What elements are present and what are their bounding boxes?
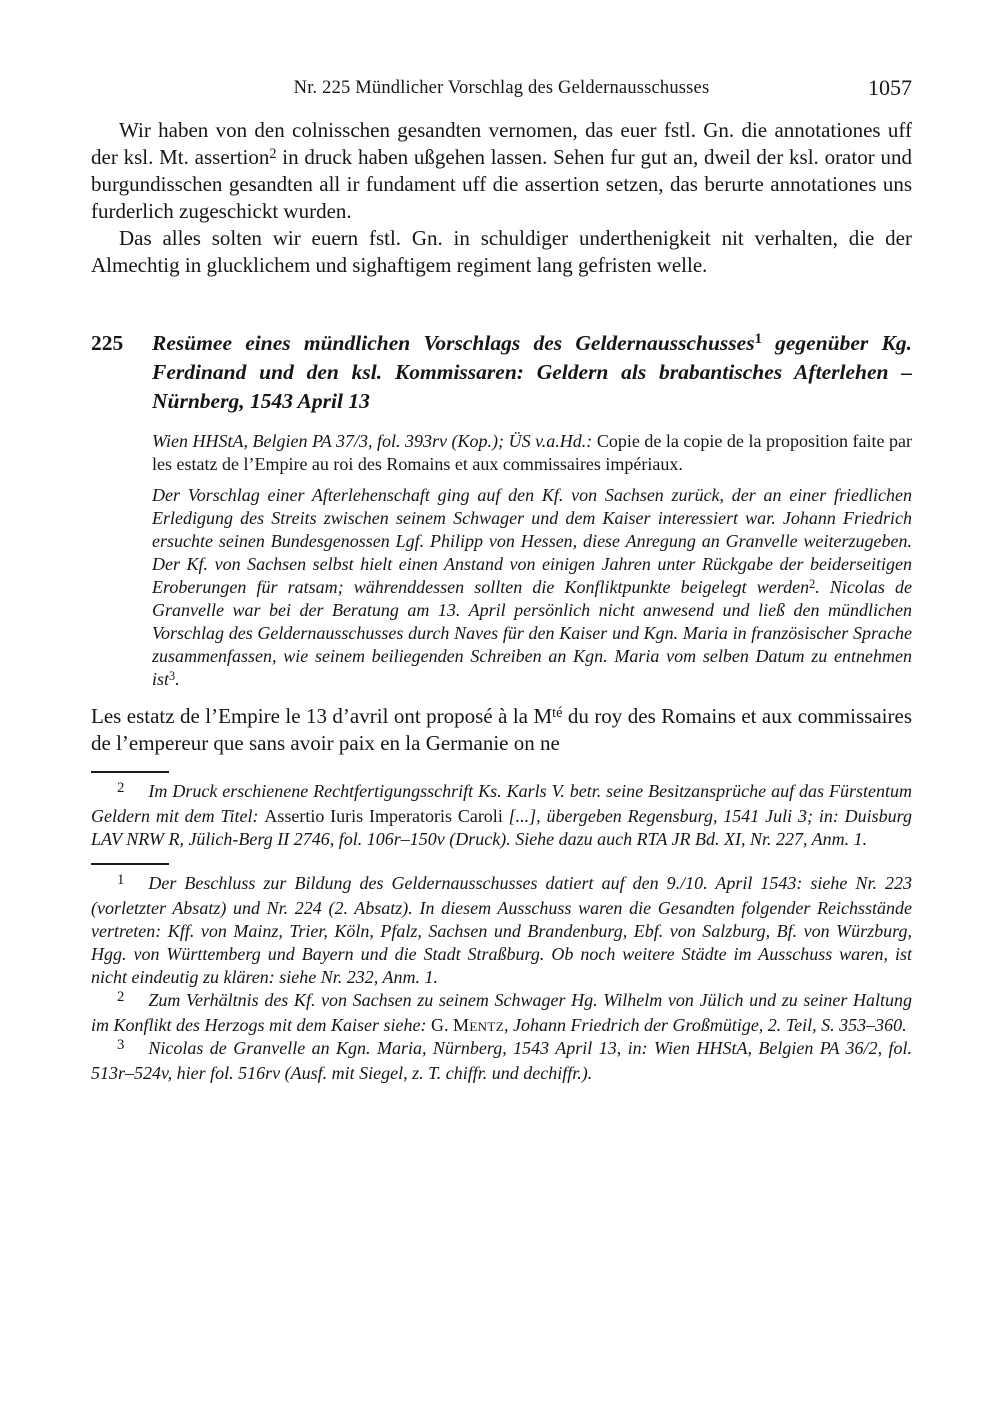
document-heading: 225 Resümee eines mündlichen Vorschlags … <box>91 329 912 416</box>
page-number: 1057 <box>868 75 912 101</box>
type-area: Nr. 225 Mündlicher Vorschlag des Geldern… <box>91 78 912 1085</box>
letter-paragraph-1: Wir haben von den colnisschen gesandten … <box>91 117 912 225</box>
footnote-number: 3 <box>117 1037 124 1053</box>
running-head-title: Nr. 225 Mündlicher Vorschlag des Geldern… <box>91 78 912 99</box>
document-number: 225 <box>91 329 152 416</box>
footnote-number: 2 <box>117 780 124 796</box>
footnote-2-text-b: , Johann Friedrich der Großmütige, 2. Te… <box>504 1015 907 1035</box>
provenance-source: Wien HHStA, Belgien PA 37/3, fol. 393rv … <box>152 431 597 451</box>
footnote-ref-2-carryover: 2 <box>269 146 276 162</box>
footnote-separator <box>91 863 169 865</box>
summary-text-c: . <box>175 669 180 689</box>
footnote-3: 3Nicolas de Granvelle an Kgn. Maria, Nür… <box>91 1037 912 1085</box>
running-head: Nr. 225 Mündlicher Vorschlag des Geldern… <box>91 78 912 104</box>
footnote-carryover-2-title: Assertio Iuris Imperatoris Caroli <box>264 806 508 826</box>
letter-paragraph-2: Das alles solten wir euern fstl. Gn. in … <box>91 225 912 279</box>
footnote-ref-2: 2 <box>809 577 815 591</box>
apparatus-block: Wien HHStA, Belgien PA 37/3, fol. 393rv … <box>152 430 912 691</box>
transcription-text-a: Les estatz de l’Empire le 13 d’avril ont… <box>91 704 552 728</box>
superscript-te: té <box>552 705 562 721</box>
footnote-carryover-2: 2Im Druck erschienene Rechtfertigungssch… <box>91 780 912 851</box>
footnote-number: 2 <box>117 989 124 1005</box>
footnote-number: 1 <box>117 872 124 888</box>
footnote-ref-3: 3 <box>169 669 175 683</box>
footnote-1-text: Der Beschluss zur Bildung des Geldernaus… <box>91 873 912 987</box>
footnote-separator-carryover <box>91 771 169 773</box>
footnote-2: 2Zum Verhältnis des Kf. von Sachsen zu s… <box>91 989 912 1037</box>
summary-note: Der Vorschlag einer Afterlehenschaft gin… <box>152 484 912 691</box>
summary-text-a: Der Vorschlag einer Afterlehenschaft gin… <box>152 485 912 597</box>
footnote-3-text: Nicolas de Granvelle an Kgn. Maria, Nürn… <box>91 1038 912 1083</box>
provenance-note: Wien HHStA, Belgien PA 37/3, fol. 393rv … <box>152 430 912 476</box>
document-title: Resümee eines mündlichen Vorschlags des … <box>152 329 912 416</box>
footnote-2-author-name: Mentz <box>453 1015 504 1035</box>
transcription-paragraph: Les estatz de l’Empire le 13 d’avril ont… <box>91 703 912 757</box>
footnote-ref-1: 1 <box>755 331 762 347</box>
book-page: Nr. 225 Mündlicher Vorschlag des Geldern… <box>0 0 1004 1418</box>
footnote-1: 1Der Beschluss zur Bildung des Geldernau… <box>91 872 912 989</box>
document-title-text-a: Resümee eines mündlichen Vorschlags des … <box>152 331 755 355</box>
footnote-2-author-initial: G. <box>431 1015 453 1035</box>
